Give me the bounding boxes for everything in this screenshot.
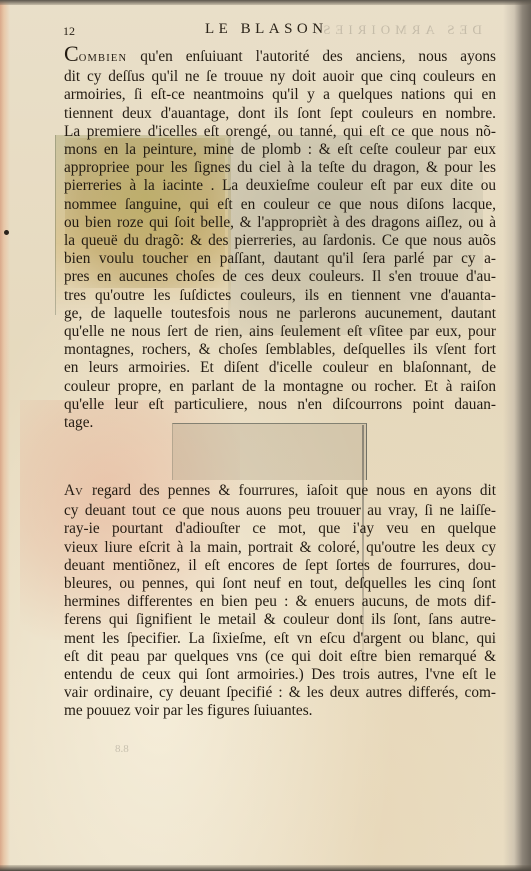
text-line: armoiries, ſi eſt-ce neantmoins qu'il y … [64,86,496,104]
small-caps-opening: V [75,487,84,498]
text-line: tiennent deux d'auantage, dont ils ſont … [64,105,496,123]
text-line: dit cy deſſus qu'il ne ſe trouue ny doit… [64,68,496,86]
text-line: nommee ſanguine, qui eſt en couleur ce q… [64,196,496,214]
text-line: entendu de ceux qui ſont armoiries.) Des… [64,666,496,684]
text-line: mons en la peinture, mine de plomb : & e… [64,141,496,159]
text-line: hermines differentes en bien peu : & enu… [64,593,496,611]
bottom-edge-shadow [0,865,531,871]
text-line: bleures, ou pennes, qui ſont neuf en tou… [64,575,496,593]
drop-cap: A [64,482,75,499]
text-line: COMBIEN qu'en enſuiuant l'autorité des a… [64,46,496,68]
text-line: en leurs armoiries. Et diſent d'icelle c… [64,359,496,377]
page-left-edge [0,0,10,871]
text-line: cy deuant tout ce que nous auons peu tro… [64,502,496,520]
book-page: DES ARMOIRIES. 12 LE BLASON COMBIEN qu'e… [0,0,531,871]
text-line: tres qu'outre les ſuſdictes couleurs, il… [64,287,496,305]
text-line: ray-ie pourtant d'adiouſter ce mot, que … [64,520,496,538]
text-line: eſt dit peau par quelques vns (ce qui do… [64,648,496,666]
text-line: qu'elle leur eſt particuliere, nous n'en… [64,396,496,414]
drop-cap: C [64,41,79,66]
small-caps-opening: OMBIEN [79,53,128,64]
page-gutter-shadow [503,0,531,871]
ink-blot [4,230,9,235]
running-title: LE BLASON [205,21,328,38]
text-line: vieux liure eſcrit à la main, portrait &… [64,539,496,557]
text-line: la queuë du dragõ: & des pierreries, au … [64,232,496,250]
text-line: deuant mentiõnez, il eſt encores de ſept… [64,557,496,575]
page-number: 12 [63,24,75,39]
paragraph-1: COMBIEN qu'en enſuiuant l'autorité des a… [64,46,496,432]
text-line: pres en aucunes choſes de ces deux coule… [64,268,496,286]
text-line: bien voulu toucher en paſſant, dautant q… [64,250,496,268]
bleed-through-signature: 8.8 [115,743,129,755]
text-line: montagnes, rochers, & choſes ſemblables,… [64,341,496,359]
text-line: ge, de laquelle toutesfois nous ne parle… [64,305,496,323]
blank-figure-frame [172,423,367,480]
text-line: ferens qui ſignifient le metail & couleu… [64,611,496,629]
text-line: AV regard des pennes & fourrures, iaſoit… [64,482,496,502]
text-line: La premiere d'icelles eſt orengé, ou tan… [64,123,496,141]
text-line: ou bien roze qui ſoit belle, & l'appropr… [64,214,496,232]
text-line: vair ordinaire, cy deuant ſpecifié : & l… [64,684,496,702]
bleed-through-heading: DES ARMOIRIES. [310,22,482,38]
text-line: qu'elle ne nous ſert de rien, ains ſeule… [64,323,496,341]
text-line: couleur propre, en parlant de la montagn… [64,378,496,396]
text-line: ment les ſpecifier. La ſixieſme, eſt vn … [64,630,496,648]
text-line: me pouuez voir par les figures ſuiuantes… [64,702,496,720]
top-edge-shadow [0,0,531,5]
text-line: appropriee pour les ſignes du ciel à la … [64,159,496,177]
paragraph-2: AV regard des pennes & fourrures, iaſoit… [64,482,496,721]
text-line: pierreries à la iacinte . La deuxieſme c… [64,177,496,195]
